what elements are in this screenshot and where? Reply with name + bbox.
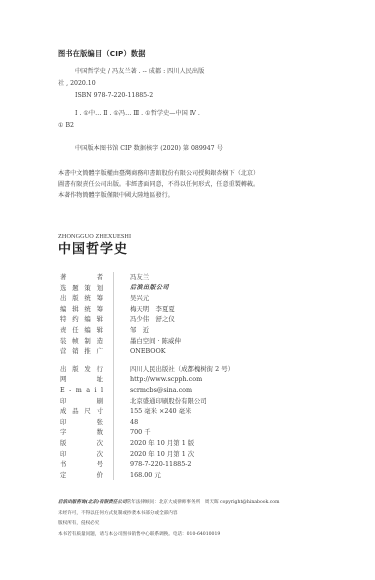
- divider: [113, 336, 114, 347]
- cip-entry-line2: 社 , 2020.10: [58, 78, 318, 90]
- credit-row: 选题策划 后浪出版公司: [60, 283, 234, 294]
- divider: [113, 438, 114, 449]
- credit-label: 装帧制造: [60, 336, 103, 347]
- divider: [113, 406, 114, 417]
- rights-line: 圖書有限責任公司出版。非經書面同意，不得以任何形式，任意重製轉載。: [58, 179, 368, 190]
- divider: [113, 417, 114, 428]
- pinyin-title: ZHONGGUO ZHEXUESHI: [58, 232, 131, 241]
- credit-label: 出版统筹: [60, 293, 103, 304]
- divider: [113, 459, 114, 470]
- rights-line: 本著作物簡體字版僅限中國大陸地區發行。: [58, 190, 368, 201]
- cip-number: 中国版本图书馆 CIP 数据核字 (2020) 第 089947 号: [58, 143, 318, 155]
- credit-row: 著 者 冯友兰: [60, 272, 234, 283]
- divider: [113, 272, 114, 283]
- footer-line: 未经许可，不得以任何方式复制或抄袭本书部分或全部内容: [58, 509, 373, 520]
- divider: [113, 283, 114, 294]
- divider: [113, 427, 114, 438]
- publishing-label: 出版发行: [60, 364, 103, 375]
- publishing-row: 印 张 48: [60, 417, 234, 428]
- divider: [113, 449, 114, 460]
- publishing-label: E - m a i l: [60, 385, 103, 396]
- publishing-value: 48: [130, 417, 138, 428]
- divider: [113, 314, 114, 325]
- email-link[interactable]: scrmcbs@sina.com: [130, 385, 192, 396]
- rights-notice: 本書中文簡體字版權由臺灣商務印書館股份有限公司授與銀杏樹下（北京） 圖書有限責任…: [58, 168, 368, 201]
- cip-title: 图书在版编目（CIP）数据: [58, 48, 318, 60]
- publishing-row: 印 次 2020 年 10 月第 1 次: [60, 449, 234, 460]
- footer-line: 本书若有质量问题，请与本公司图书销售中心联系调换。电话：010-64010019: [58, 530, 373, 541]
- credit-value: 梅天明 李夏夏: [130, 304, 175, 315]
- publishing-value: 700 千: [130, 427, 151, 438]
- publishing-value: 2020 年 10 月第 1 次: [130, 449, 194, 460]
- credit-value: 吴兴元: [130, 293, 149, 304]
- divider: [113, 396, 114, 407]
- cip-subjects-line1: Ⅰ . ①中… Ⅱ . ①冯… Ⅲ . ①哲学史—中国 Ⅳ .: [58, 108, 318, 120]
- publishing-row: 成品尺寸 155 毫米 ×240 毫米: [60, 406, 234, 417]
- publishing-label: 印 张: [60, 417, 103, 428]
- credit-value: 邹 近: [130, 325, 149, 336]
- cip-entry-line1: 中国哲学史 / 冯友兰著 . -- 成都 : 四川人民出版: [58, 66, 318, 78]
- divider: [113, 470, 114, 481]
- footer-legal-line: 后浪出版咨询(北京)有限责任公司常年法律顾问：北京大成律师事务所 周天晖 cop…: [58, 498, 373, 509]
- colophon-table: 著 者 冯友兰 选题策划 后浪出版公司 出版统筹 吴兴元 编辑统筹 梅天明 李夏…: [60, 272, 234, 480]
- divider: [113, 325, 114, 336]
- publishing-label: 成品尺寸: [60, 406, 103, 417]
- footer-notice: 后浪出版咨询(北京)有限责任公司常年法律顾问：北京大成律师事务所 周天晖 cop…: [58, 498, 373, 540]
- publishing-label: 印 刷: [60, 396, 103, 407]
- publishing-row: 字 数 700 千: [60, 427, 234, 438]
- divider: [113, 374, 114, 385]
- publishing-label: 版 次: [60, 438, 103, 449]
- credit-label: 特约编辑: [60, 314, 103, 325]
- publishing-value: 2020 年 10 月第 1 版: [130, 438, 194, 449]
- divider: [113, 364, 114, 375]
- footer-line: 版权所有，侵权必究: [58, 519, 373, 530]
- publishing-label: 字 数: [60, 427, 103, 438]
- publisher-signature-logo: 后浪出版咨询(北京)有限责任公司: [58, 500, 127, 505]
- credit-row: 编辑统筹 梅天明 李夏夏: [60, 304, 234, 315]
- divider: [113, 304, 114, 315]
- divider: [113, 385, 114, 396]
- publishing-label: 印 次: [60, 449, 103, 460]
- book-title: 中国哲学史: [58, 241, 131, 259]
- book-heading: ZHONGGUO ZHEXUESHI 中国哲学史: [58, 232, 131, 259]
- publishing-row: 网 址 http://www.scpph.com: [60, 374, 234, 385]
- credit-row: 特约编辑 冯少伟 舒之仪: [60, 314, 234, 325]
- rights-line: 本書中文簡體字版權由臺灣商務印書館股份有限公司授與銀杏樹下（北京）: [58, 168, 368, 179]
- publishing-label: 网 址: [60, 374, 103, 385]
- credit-label: 责任编辑: [60, 325, 103, 336]
- credit-value: 冯友兰: [130, 272, 149, 283]
- publishing-row: 版 次 2020 年 10 月第 1 版: [60, 438, 234, 449]
- cip-isbn: ISBN 978-7-220-11885-2: [58, 90, 318, 102]
- divider: [113, 346, 114, 357]
- publishing-row: 书 号 978-7-220-11885-2: [60, 459, 234, 470]
- credit-row: 出版统筹 吴兴元: [60, 293, 234, 304]
- credit-value: ONEBOOK: [130, 346, 166, 357]
- publishing-row: 出版发行 四川人民出版社（成都槐树街 2 号）: [60, 364, 234, 375]
- credit-label: 营销推广: [60, 346, 103, 357]
- website-link[interactable]: http://www.scpph.com: [130, 374, 202, 385]
- publishing-value: 978-7-220-11885-2: [130, 459, 192, 470]
- credit-row: 营销推广 ONEBOOK: [60, 346, 234, 357]
- divider: [113, 293, 114, 304]
- publishing-row: 印 刷 北京盛通印刷股份有限公司: [60, 396, 234, 407]
- credit-label: 著 者: [60, 272, 103, 283]
- publishing-value: 168.00 元: [130, 470, 161, 481]
- publisher-signature-logo: 后浪出版公司: [130, 283, 169, 294]
- credit-value: 墨白空间 · 陈威伸: [130, 336, 181, 347]
- credit-row: 装帧制造 墨白空间 · 陈威伸: [60, 336, 234, 347]
- cip-data-block: 图书在版编目（CIP）数据 中国哲学史 / 冯友兰著 . -- 成都 : 四川人…: [58, 48, 318, 155]
- publishing-label: 定 价: [60, 470, 103, 481]
- publishing-row: 定 价 168.00 元: [60, 470, 234, 481]
- credit-label: 编辑统筹: [60, 304, 103, 315]
- publishing-value: 北京盛通印刷股份有限公司: [130, 396, 207, 407]
- credit-label: 选题策划: [60, 283, 103, 294]
- cip-subjects-line2: ① B2: [58, 120, 318, 132]
- legal-counsel: 常年法律顾问：北京大成律师事务所 周天晖 copyright@hinabook.…: [127, 500, 280, 505]
- publishing-value: 155 毫米 ×240 毫米: [130, 406, 191, 417]
- divider: [113, 357, 114, 364]
- publishing-row: E - m a i l scrmcbs@sina.com: [60, 385, 234, 396]
- credit-row: 责任编辑 邹 近: [60, 325, 234, 336]
- credit-value: 冯少伟 舒之仪: [130, 314, 175, 325]
- publishing-value: 四川人民出版社（成都槐树街 2 号）: [130, 364, 234, 375]
- publishing-label: 书 号: [60, 459, 103, 470]
